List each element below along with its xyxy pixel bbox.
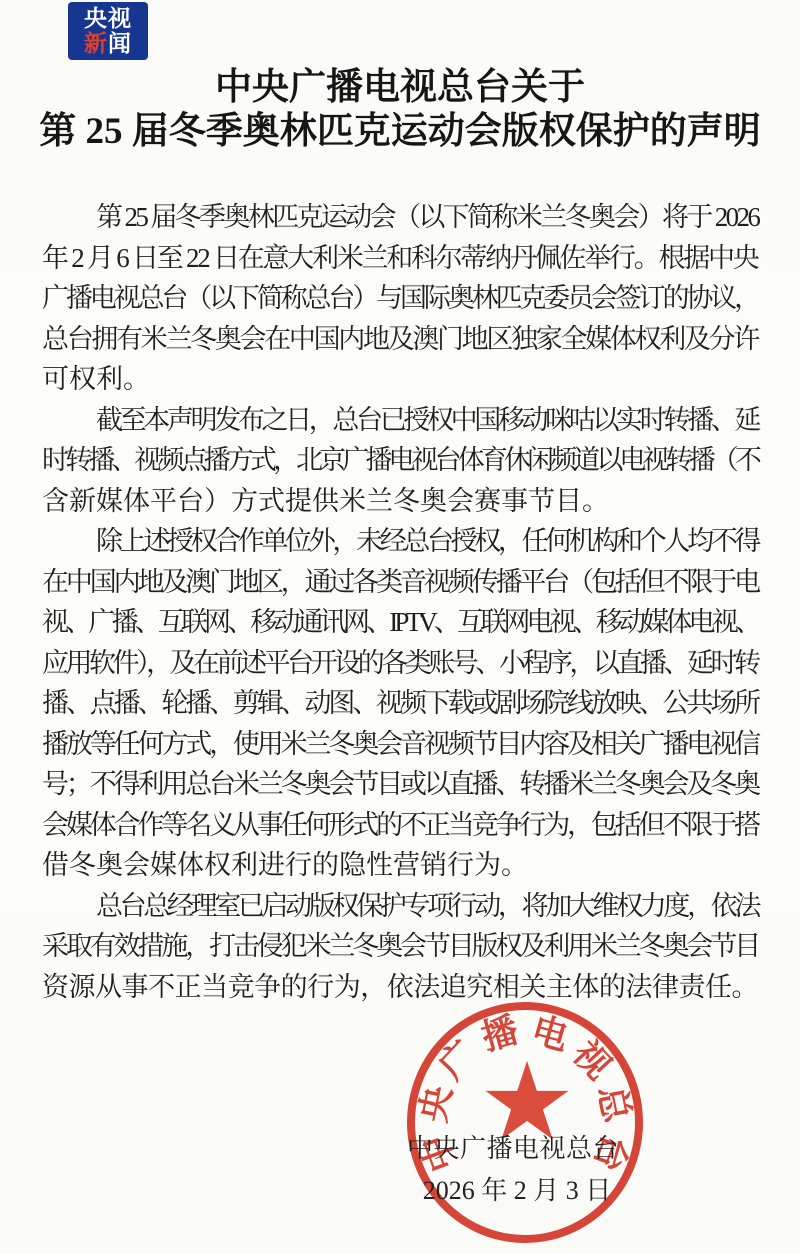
paragraph-line: 年 2 月 6 日至 22 日在意大利米兰和科尔蒂纳丹佩佐举行。根据中央 [42, 238, 758, 279]
title-line-1: 中央广播电视总台关于 [0, 66, 800, 110]
paragraph-line: 资源从事不正当竞争的行为，依法追究相关主体的法律责任。 [42, 967, 758, 1008]
paragraph-line: 借冬奥会媒体权利进行的隐性营销行为。 [42, 845, 758, 886]
title-line-2: 第 25 届冬季奥林匹克运动会版权保护的声明 [0, 110, 800, 154]
cctv-news-logo: 央视 新闻 [68, 2, 148, 60]
paragraph-line: 截至本声明发布之日，总台已授权中国移动咪咕以实时转播、延 [42, 400, 758, 441]
paragraph-line: 播、点播、轮播、剪辑、动图、视频下载或剧场院线放映、公共场所 [42, 683, 758, 724]
document-page: 央视 新闻 中央广播电视总台关于 第 25 届冬季奥林匹克运动会版权保护的声明 … [0, 0, 800, 1254]
logo-text-xin: 新 [84, 30, 108, 56]
paragraph-line: 应用软件），及在前述平台开设的各类账号、小程序，以直播、延时转 [42, 643, 758, 684]
paragraph-line: 广播电视总台（以下简称总台）与国际奥林匹克委员会签订的协议， [42, 278, 758, 319]
paragraph-line: 含新媒体平台）方式提供米兰冬奥会赛事节目。 [42, 481, 758, 522]
paragraph-line: 视、广播、互联网、移动通讯网、IPTV、互联网电视、移动媒体电视、 [42, 602, 758, 643]
document-title: 中央广播电视总台关于 第 25 届冬季奥林匹克运动会版权保护的声明 [0, 66, 800, 154]
logo-row-2: 新闻 [84, 31, 132, 56]
paragraph-line: 可权利。 [42, 359, 758, 400]
paragraph-line: 会媒体合作等名义从事任何形式的不正当竞争行为，包括但不限于搭 [42, 805, 758, 846]
paragraph-line: 播放等任何方式，使用米兰冬奥会音视频节目内容及相关广播电视信 [42, 724, 758, 765]
paragraph-line: 号；不得利用总台米兰冬奥会节目或以直播、转播米兰冬奥会及冬奥 [42, 764, 758, 805]
paragraph-line: 第 25 届冬季奥林匹克运动会（以下简称米兰冬奥会）将于 2026 [42, 197, 758, 238]
paragraph-line: 总台总经理室已启动版权保护专项行动，将加大维权力度，依法 [42, 886, 758, 927]
paragraph-line: 总台拥有米兰冬奥会在中国内地及澳门地区独家全媒体权利及分许 [42, 319, 758, 360]
paragraph-line: 采取有效措施，打击侵犯米兰冬奥会节目版权及利用米兰冬奥会节目 [42, 926, 758, 967]
signature-date: 2026 年 2 月 3 日 [423, 1175, 612, 1207]
document-body: 第 25 届冬季奥林匹克运动会（以下简称米兰冬奥会）将于 2026年 2 月 6… [42, 197, 758, 1007]
signature-organization: 中央广播电视总台 [407, 1133, 619, 1165]
seal-arc-char: 央 [415, 1083, 457, 1125]
paragraph-line: 时转播、视频点播方式，北京广播电视台体育休闲频道以电视转播（不 [42, 440, 758, 481]
paragraph-line: 在中国内地及澳门地区，通过各类音视频传播平台（包括但不限于电 [42, 562, 758, 603]
paragraph-line: 除上述授权合作单位外，未经总台授权，任何机构和个人均不得 [42, 521, 758, 562]
logo-text-wen: 闻 [108, 30, 132, 56]
logo-row-1: 央视 [84, 6, 132, 31]
seal-arc-char: 总 [593, 1083, 635, 1125]
logo-text-yangshi: 央视 [84, 5, 132, 31]
